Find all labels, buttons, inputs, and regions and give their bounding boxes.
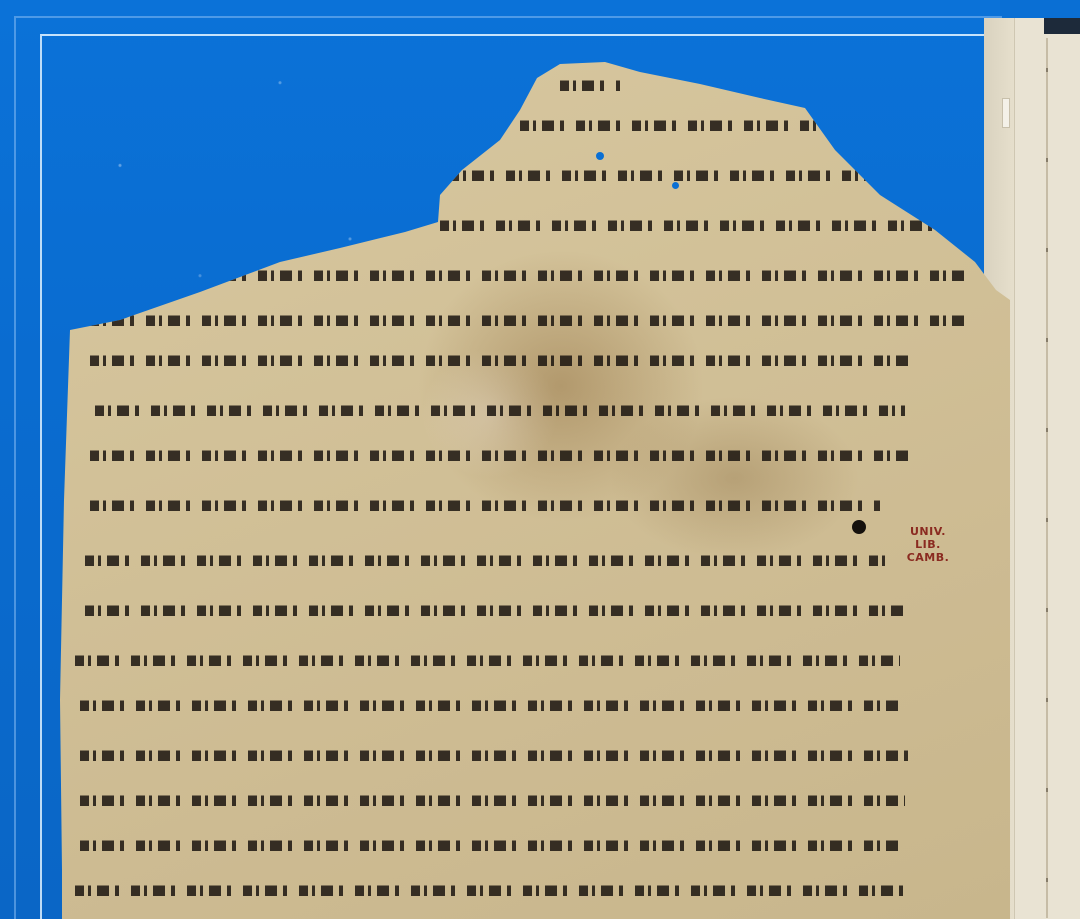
manuscript-line <box>520 110 825 136</box>
binding-stitch-seam <box>1046 38 1048 918</box>
stamp-line-1: UNIV. <box>904 525 952 538</box>
ink-blot <box>852 520 866 534</box>
manuscript-line <box>85 595 905 621</box>
stamp-line-2: LIB. <box>904 538 952 551</box>
manuscript-line <box>95 395 905 421</box>
manuscript-line <box>90 345 910 371</box>
manuscript-line <box>75 645 900 671</box>
manuscript-line <box>75 875 905 901</box>
binding-top-shadow <box>1044 18 1080 34</box>
manuscript-line <box>80 740 910 766</box>
fragment-hole <box>672 182 679 189</box>
manuscript-line <box>85 545 885 571</box>
manuscript-line <box>80 690 900 716</box>
library-stamp: UNIV. LIB. CAMB. <box>904 525 952 564</box>
manuscript-line <box>450 160 880 186</box>
manuscript-line <box>80 785 905 811</box>
manuscript-line <box>560 70 620 96</box>
manuscript-line <box>440 210 960 236</box>
stamp-line-3: CAMB. <box>904 551 952 564</box>
binding-slot <box>1002 98 1010 128</box>
manuscript-line <box>80 830 900 856</box>
manuscript-line <box>90 440 910 466</box>
manuscript-line <box>90 490 880 516</box>
manuscript-line <box>90 305 970 331</box>
fragment-hole <box>596 152 604 160</box>
